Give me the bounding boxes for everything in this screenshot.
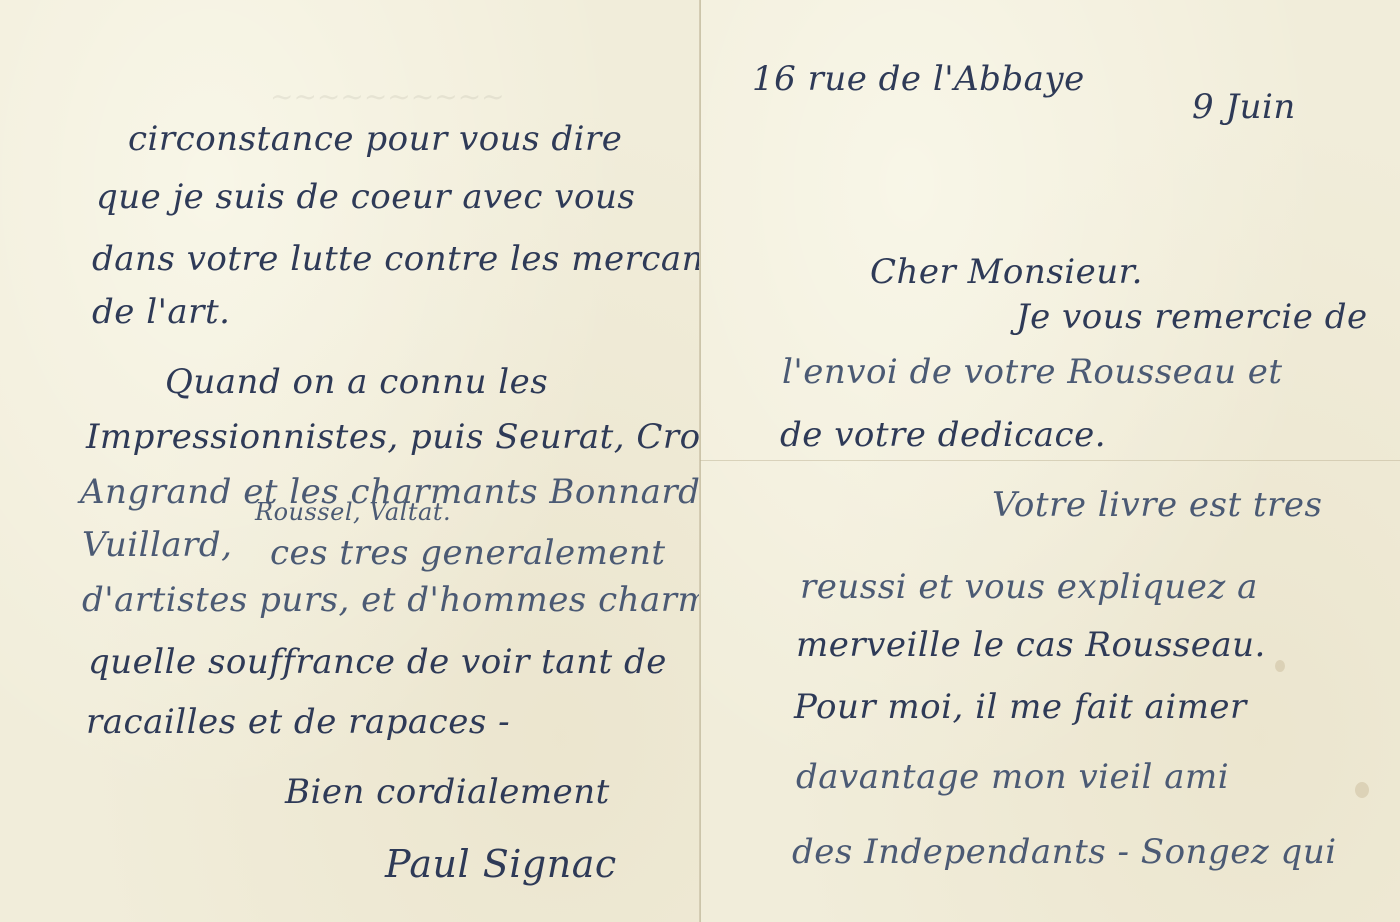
letter-line: Pour moi, il me fait aimer (794, 690, 1247, 724)
letter-line: de l'art. (92, 295, 230, 329)
inserted-text: Roussel, Valtat. (255, 500, 451, 524)
letter-line: merveille le cas Rousseau. (796, 628, 1266, 662)
letter-line: reussi et vous expliquez a (800, 570, 1258, 604)
letter-line: dans votre lutte contre les mercantis (92, 242, 748, 276)
letter-line: quelle souffrance de voir tant de (88, 645, 667, 679)
letter-line: racailles et de rapaces - (86, 705, 510, 739)
letter-line: ces tres generalement (270, 536, 666, 570)
date: 9 Juin (1192, 90, 1296, 124)
closing: Bien cordialement (285, 775, 610, 809)
paper-crease (700, 460, 1400, 461)
letter-page-right: 16 rue de l'Abbaye 9 Juin Cher Monsieur.… (700, 0, 1400, 922)
letter-line: Je vous remercie de (1016, 300, 1368, 334)
letter-line-vuillard: Vuillard, (82, 528, 233, 562)
letter-line: des Independants - Songez qui (792, 835, 1337, 869)
letter-line: d'artistes purs, et d'hommes charmants, (82, 583, 797, 617)
letter-line: circonstance pour vous dire (128, 122, 622, 156)
page-fold (699, 0, 701, 922)
letter-line: l'envoi de votre Rousseau et (782, 355, 1283, 389)
letter-line: Impressionnistes, puis Seurat, Cross, (86, 420, 748, 454)
paper-stain (1355, 782, 1369, 798)
letter-line: Votre livre est tres (992, 488, 1322, 522)
address: 16 rue de l'Abbaye (752, 62, 1085, 96)
handwritten-letter: ~~~~~~~~~~ circonstance pour vous dire q… (0, 0, 1400, 922)
paper-stain (1275, 660, 1285, 672)
letter-line: de votre dedicace. (780, 418, 1106, 452)
letter-page-left: ~~~~~~~~~~ circonstance pour vous dire q… (0, 0, 700, 922)
letter-line: Quand on a connu les (165, 365, 548, 399)
bleed-through-text: ~~~~~~~~~~ (270, 80, 505, 113)
letter-line: davantage mon vieil ami (796, 760, 1229, 794)
letter-line: que je suis de coeur avec vous (96, 180, 635, 214)
signature: Paul Signac (385, 845, 617, 883)
salutation: Cher Monsieur. (870, 255, 1143, 289)
